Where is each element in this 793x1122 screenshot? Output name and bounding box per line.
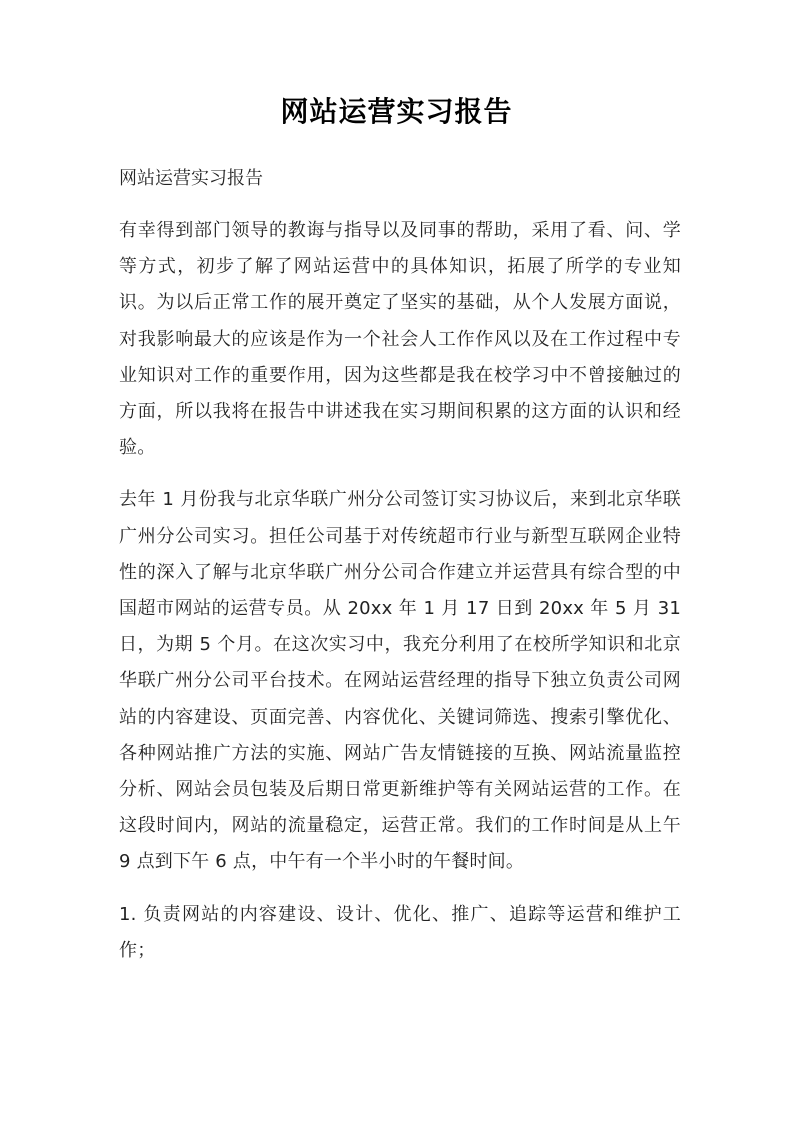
- document-body: 网站运营实习报告 有幸得到部门领导的教诲与指导以及同事的帮助，采用了看、问、学等…: [119, 161, 681, 985]
- document-title: 网站运营实习报告: [0, 92, 793, 132]
- paragraph-intro: 有幸得到部门领导的教诲与指导以及同事的帮助，采用了看、问、学等方式，初步了解了网…: [119, 213, 681, 466]
- paragraph-internship-details: 去年 1 月份我与北京华联广州分公司签订实习协议后，来到北京华联广州分公司实习。…: [119, 482, 681, 880]
- document-page: 网站运营实习报告 网站运营实习报告 有幸得到部门领导的教诲与指导以及同事的帮助，…: [0, 0, 793, 1122]
- document-subtitle: 网站运营实习报告: [119, 161, 681, 197]
- paragraph-duty-item-1: 1. 负责网站的内容建设、设计、优化、推广、追踪等运营和维护工作；: [119, 897, 681, 969]
